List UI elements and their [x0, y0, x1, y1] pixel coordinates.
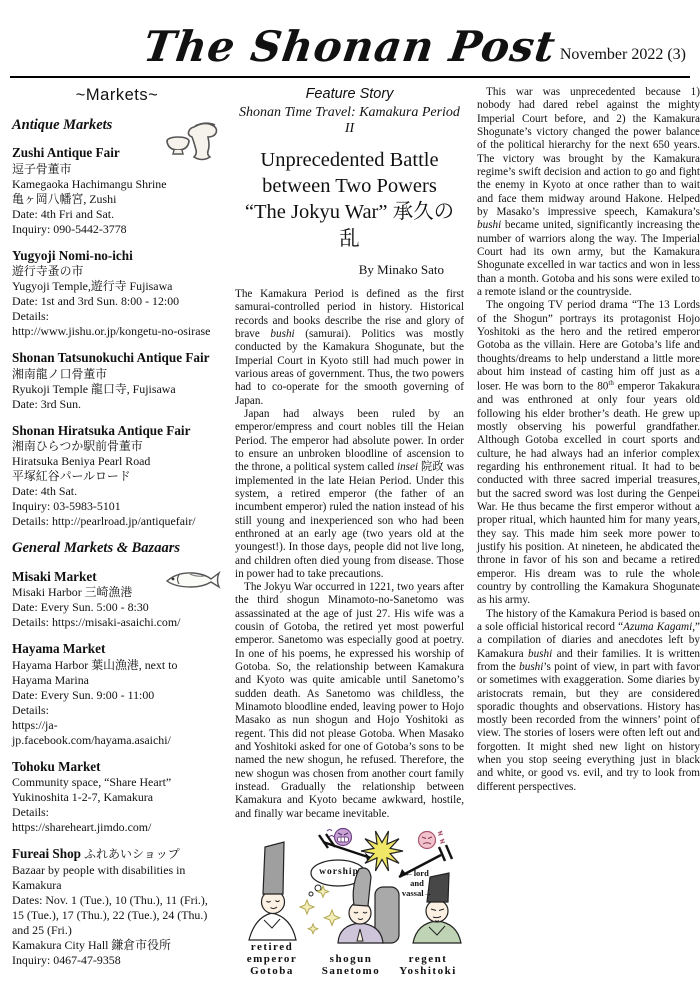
market-entry-line: 遊行寺蚤の市 [12, 264, 222, 279]
fish-icon [164, 569, 222, 596]
market-entry-line: Inquiry: 0467-47-9358 [12, 953, 222, 968]
market-entry-title-text: Misaki Market [12, 569, 97, 584]
market-entry-title-text: Yugyoji Nomi-no-ichi [12, 248, 133, 263]
markets-listing: Antique MarketsZushi Antique Fair逗子骨董市Ka… [12, 117, 222, 968]
market-entry-title-text: Tohoku Market [12, 759, 101, 774]
market-entry-line: Hayama Harbor 葉山漁港, next to [12, 658, 222, 673]
market-entry-title: Shonan Tatsunokuchi Antique Fair [12, 350, 222, 367]
market-entry-line: https://shareheart.jimdo.com/ [12, 820, 222, 835]
market-entry: Hayama MarketHayama Harbor 葉山漁港, next to… [12, 641, 222, 748]
feature-series-title: Shonan Time Travel: Kamakura Period II [235, 105, 464, 137]
market-entry: Misaki MarketMisaki Harbor 三崎漁港Date: Eve… [12, 569, 222, 631]
newspaper-title: The Shonan Post [141, 22, 559, 71]
market-entry-line: 湘南龍ノ口骨董市 [12, 367, 222, 382]
market-entry-title: Fureai Shop ふれあいショップ [12, 846, 222, 863]
article-paragraph: The Kamakura Period is defined as the fi… [235, 288, 464, 408]
market-entry-line: Bazaar by people with disabilities in Ka… [12, 863, 222, 893]
market-entry-line: Hiratsuka Beniya Pearl Road [12, 454, 222, 469]
market-entry-line: Inquiry: 090-5442-3778 [12, 222, 222, 237]
market-entry-line: Date: 4th Fri and Sat. [12, 207, 222, 222]
annoyed-face-icon [419, 831, 446, 849]
market-entry-line: Date: Every Sun. 5:00 - 8:30 [12, 600, 222, 615]
market-entry-line: Dates: Nov. 1 (Tue.), 10 (Thu.), 11 (Fri… [12, 893, 222, 938]
feature-kicker: Feature Story [235, 86, 464, 102]
market-entry-line: Hayama Marina [12, 673, 222, 688]
market-entry-line: Date: 1st and 3rd Sun. 8:00 - 12:00 [12, 294, 222, 309]
market-section-title: General Markets & Bazaars [12, 540, 222, 557]
market-entry-line: Kamakura City Hall 鎌倉市役所 [12, 938, 222, 953]
market-entry-line: Community space, “Share Heart” [12, 775, 222, 790]
gotoba-hat [263, 842, 284, 894]
market-entry-line: Details: https://misaki-asaichi.com/ [12, 615, 222, 630]
masthead: The Shonan Post November 2022 (3) [0, 0, 700, 76]
market-entry-line: 湘南ひらつか駅前骨董市 [12, 439, 222, 454]
market-entry: Tohoku MarketCommunity space, “Share Hea… [12, 759, 222, 836]
market-entry-title: Hayama Market [12, 641, 222, 658]
article-paragraph: This war was unprecedented because 1) no… [477, 86, 700, 299]
jokyu-war-cartoon: worship ←lord and vassal→ retired empero… [235, 827, 465, 977]
pottery-icon [164, 117, 222, 166]
market-entry-title-suffix: ふれあいショップ [81, 847, 180, 861]
caption-gotoba: retired emperor Gotoba [235, 941, 309, 977]
feature-column-1: Feature Story Shonan Time Travel: Kamaku… [235, 84, 464, 977]
market-entry-line: Details: [12, 703, 222, 718]
market-entry: Shonan Tatsunokuchi Antique Fair湘南龍ノ口骨董市… [12, 350, 222, 412]
angry-face-icon [327, 829, 352, 846]
market-entry: Fureai Shop ふれあいショップBazaar by people wit… [12, 846, 222, 968]
market-entry-line: https://ja- [12, 718, 222, 733]
worship-label: worship [312, 867, 366, 877]
issue-date: November 2022 (3) [560, 46, 686, 64]
market-entry-line: http://www.jishu.or.jp/kongetu-no-osiras… [12, 324, 222, 339]
page-body: ~Markets~ Antique MarketsZushi Antique F… [0, 78, 700, 979]
markets-heading: ~Markets~ [12, 86, 222, 105]
feature-column-2: This war was unprecedented because 1) no… [477, 84, 700, 794]
market-entry-title-text: Shonan Tatsunokuchi Antique Fair [12, 350, 210, 365]
market-entry-title: Shonan Hiratsuka Antique Fair [12, 423, 222, 440]
article-body-column-2: This war was unprecedented because 1) no… [477, 86, 700, 794]
caption-sanetomo: shogun Sanetomo [313, 953, 389, 977]
lord-vassal-label: ←lord and vassal→ [388, 869, 446, 898]
market-entry-line: Date: 3rd Sun. [12, 397, 222, 412]
market-entry-line: Inquiry: 03-5983-5101 [12, 499, 222, 514]
article-body-column-1: The Kamakura Period is defined as the fi… [235, 288, 464, 821]
article-byline: By Minako Sato [235, 262, 464, 278]
market-entry-line: Kamegaoka Hachimangu Shrine [12, 177, 222, 192]
market-entry-title-text: Zushi Antique Fair [12, 145, 120, 160]
market-entry-title-text: Hayama Market [12, 641, 105, 656]
article-paragraph: The Jokyu War occurred in 1221, two year… [235, 581, 464, 821]
market-entry-line: Yukinoshita 1-2-7, Kamakura [12, 790, 222, 805]
market-entry-title-text: Shonan Hiratsuka Antique Fair [12, 423, 190, 438]
sparkles [300, 886, 340, 934]
market-entry-line: jp.facebook.com/hayama.asaichi/ [12, 733, 222, 748]
markets-column: ~Markets~ Antique MarketsZushi Antique F… [12, 84, 222, 979]
market-entry-line: Details: [12, 805, 222, 820]
article-paragraph: The history of the Kamakura Period is ba… [477, 608, 700, 795]
article-paragraph: Japan had always been ruled by an empero… [235, 408, 464, 581]
article-headline: Unprecedented Battle between Two Powers … [235, 147, 464, 252]
market-entry-line: Yugyoji Temple,遊行寺 Fujisawa [12, 279, 222, 294]
market-entry-title: Yugyoji Nomi-no-ichi [12, 248, 222, 265]
market-entry-line: Details: [12, 309, 222, 324]
market-entry: Shonan Hiratsuka Antique Fair湘南ひらつか駅前骨董市… [12, 423, 222, 530]
market-entry-title-text: Fureai Shop [12, 846, 81, 861]
caption-yoshitoki: regent Yoshitoki [391, 953, 465, 977]
market-entry-line: 平塚紅谷パールロード [12, 469, 222, 484]
market-entry-line: Date: Every Sun. 9:00 - 11:00 [12, 688, 222, 703]
market-entry-line: Details: http://pearlroad.jp/antiquefair… [12, 514, 222, 529]
gotoba-figure [249, 842, 296, 940]
market-entry-line: 亀ヶ岡八幡宮, Zushi [12, 192, 222, 207]
market-entry: Yugyoji Nomi-no-ichi遊行寺蚤の市Yugyoji Temple… [12, 248, 222, 340]
market-entry-title: Tohoku Market [12, 759, 222, 776]
market-entry-line: Date: 4th Sat. [12, 484, 222, 499]
market-entry-line: Ryukoji Temple 龍口寺, Fujisawa [12, 382, 222, 397]
article-paragraph: The ongoing TV period drama “The 13 Lord… [477, 299, 700, 607]
burst-shape [361, 831, 403, 871]
